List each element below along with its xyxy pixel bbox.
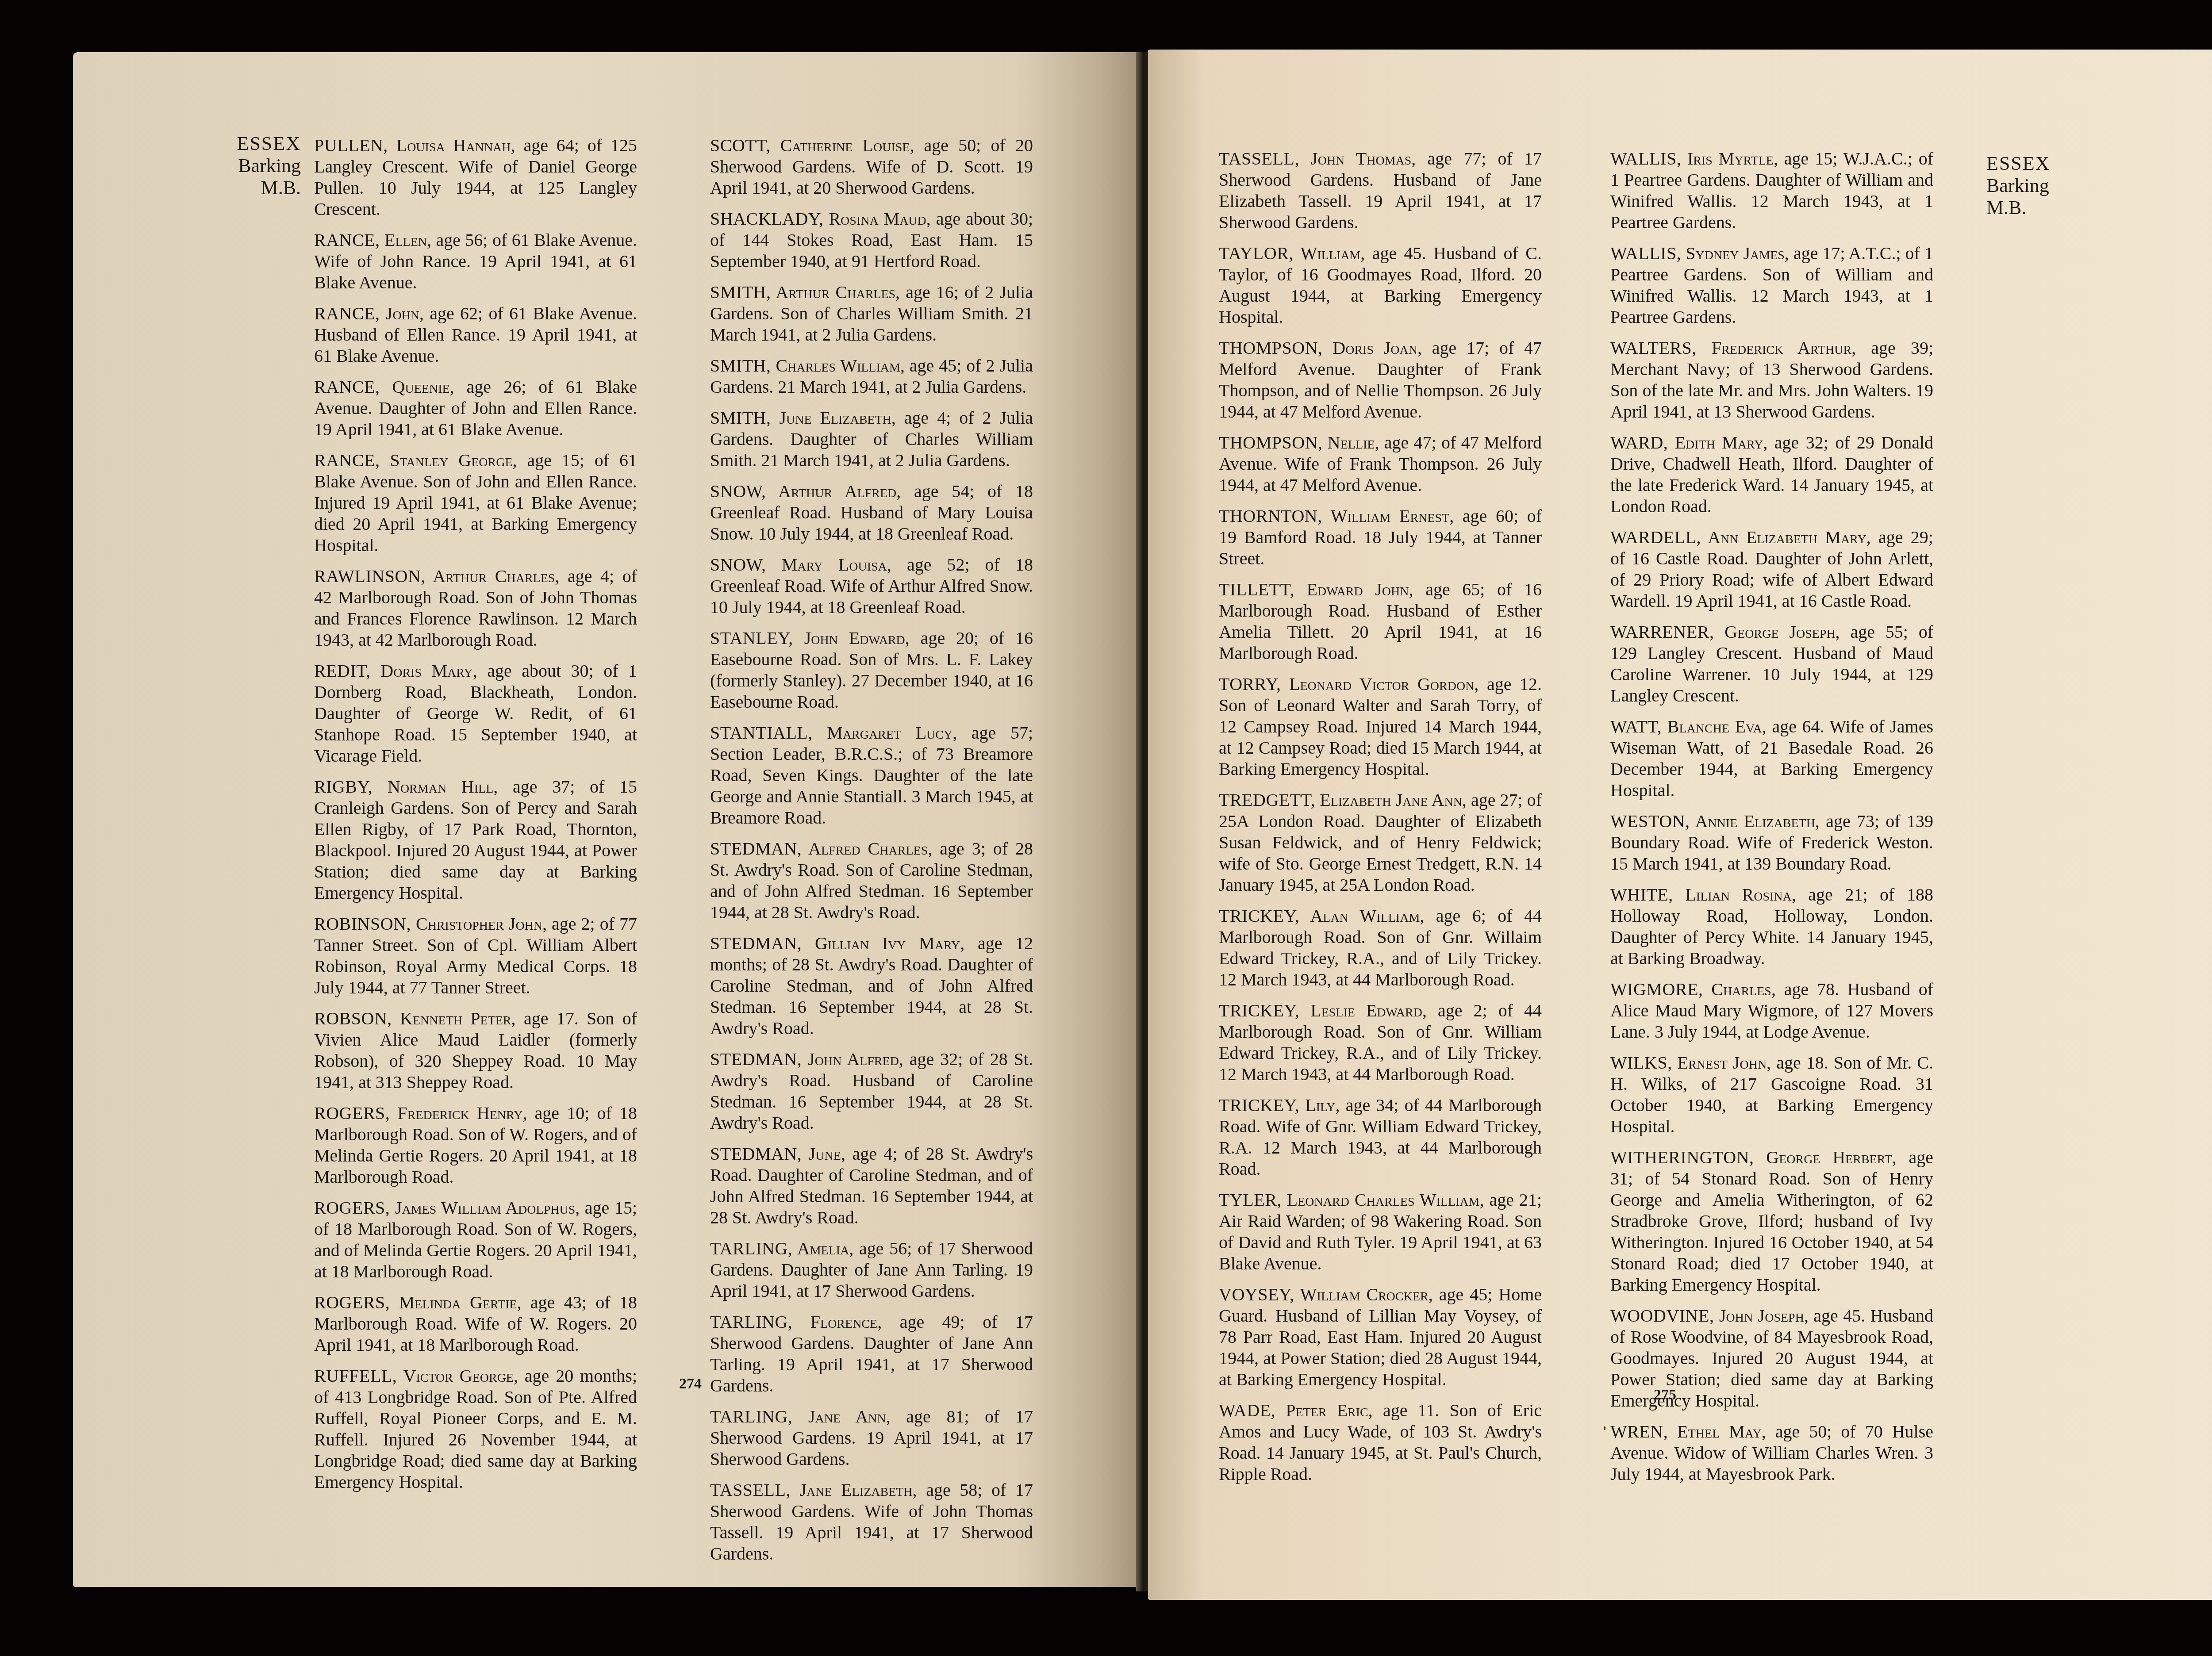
entry-given-names: Catherine Louise,: [771, 135, 914, 155]
entry-given-names: Doris Joan,: [1323, 338, 1422, 358]
casualty-entry: WHITE, Lilian Rosina, age 21; of 188 Hol…: [1610, 884, 1933, 969]
entry-surname: WOODVINE,: [1610, 1306, 1714, 1326]
margin-label-left: ESSEX Barking M.B.: [195, 133, 301, 199]
casualty-entry: THOMPSON, Doris Joan, age 17; of 47 Melf…: [1219, 337, 1542, 422]
entry-surname: ROBINSON,: [314, 914, 411, 934]
casualty-entry: SMITH, Charles William, age 45; of 2 Jul…: [710, 355, 1033, 398]
casualty-entry: VOYSEY, William Crocker, age 45; Home Gu…: [1219, 1284, 1542, 1390]
entry-surname: SCOTT,: [710, 135, 771, 155]
district-type-label: M.B.: [1986, 197, 2093, 219]
entry-surname: TILLETT,: [1219, 579, 1294, 599]
entry-given-names: William Crocker,: [1294, 1284, 1433, 1304]
entry-surname: TARLING,: [710, 1238, 792, 1258]
entry-surname: WATT,: [1610, 717, 1662, 736]
entry-given-names: Sydney James,: [1681, 243, 1789, 263]
entry-given-names: Leonard Charles William,: [1282, 1190, 1484, 1210]
entry-given-names: Stanley George,: [380, 450, 517, 470]
entry-surname: WALTERS,: [1610, 338, 1697, 358]
casualty-entry: WATT, Blanche Eva, age 64. Wife of James…: [1610, 716, 1933, 801]
entry-surname: RAWLINSON,: [314, 566, 426, 586]
district-type-label: M.B.: [195, 177, 301, 199]
entry-surname: SMITH,: [710, 282, 771, 302]
casualty-entry: RANCE, Stanley George, age 15; of 61 Bla…: [314, 450, 637, 556]
entry-given-names: John Joseph,: [1714, 1306, 1808, 1326]
casualty-entry: SCOTT, Catherine Louise, age 50; of 20 S…: [710, 135, 1033, 199]
entry-surname: RANCE,: [314, 377, 380, 397]
entry-given-names: Ernest John,: [1672, 1053, 1771, 1073]
entry-given-names: Arthur Charles,: [771, 282, 900, 302]
casualty-entry: WIGMORE, Charles, age 78. Husband of Ali…: [1610, 979, 1933, 1043]
casualty-entry: SNOW, Arthur Alfred, age 54; of 18 Green…: [710, 481, 1033, 544]
entry-given-names: Edward John,: [1294, 579, 1413, 599]
entry-surname: ROBSON,: [314, 1008, 392, 1028]
casualty-entry: WADE, Peter Eric, age 11. Son of Eric Am…: [1219, 1400, 1542, 1485]
casualty-entry: RANCE, Ellen, age 56; of 61 Blake Avenue…: [314, 230, 637, 293]
entry-given-names: Jane Ann,: [792, 1407, 890, 1426]
entry-surname: TORRY,: [1219, 674, 1281, 694]
district-label: Barking: [1986, 175, 2093, 197]
casualty-entry: ROGERS, Melinda Gertie, age 43; of 18 Ma…: [314, 1292, 637, 1356]
casualty-entry: RANCE, Queenie, age 26; of 61 Blake Aven…: [314, 376, 637, 440]
entry-given-names: Lilian Rosina,: [1673, 885, 1796, 905]
entry-given-names: Ethel May,: [1668, 1422, 1766, 1441]
entry-surname: WARD,: [1610, 433, 1668, 452]
casualty-entry: TILLETT, Edward John, age 65; of 16 Marl…: [1219, 579, 1542, 664]
entry-given-names: Melinda Gertie,: [390, 1292, 521, 1312]
entry-given-names: Christopher John,: [411, 914, 547, 934]
entry-given-names: Annie Elizabeth,: [1690, 811, 1819, 831]
entry-given-names: Elizabeth Jane Ann,: [1315, 790, 1467, 810]
entry-surname: TARLING,: [710, 1312, 792, 1332]
entry-surname: THOMPSON,: [1219, 433, 1323, 452]
entry-given-names: John Alfred,: [802, 1049, 903, 1069]
entry-surname: RUFFELL,: [314, 1366, 397, 1386]
entry-surname: WALLIS,: [1610, 243, 1681, 263]
casualty-entry: ROBINSON, Christopher John, age 2; of 77…: [314, 913, 637, 998]
page-number-right: 275: [1654, 1387, 1676, 1403]
entry-given-names: Ann Elizabeth Mary,: [1701, 527, 1871, 547]
entry-surname: RANCE,: [314, 230, 380, 250]
casualty-entry: WARD, Edith Mary, age 32; of 29 Donald D…: [1610, 432, 1933, 517]
entry-given-names: Jane Elizabeth,: [791, 1480, 917, 1500]
casualty-entry: TASSELL, John Thomas, age 77; of 17 Sher…: [1219, 148, 1542, 233]
casualty-entry: TAYLOR, William, age 45. Husband of C. T…: [1219, 243, 1542, 328]
entry-given-names: Alan William,: [1299, 906, 1424, 926]
entry-surname: RIGBY,: [314, 777, 373, 797]
entry-surname: TYLER,: [1219, 1190, 1282, 1210]
entry-given-names: Edith Mary,: [1668, 433, 1767, 452]
casualty-entry: THOMPSON, Nellie, age 47; of 47 Melford …: [1219, 432, 1542, 496]
casualty-entry: STANTIALL, Margaret Lucy, age 57; Sectio…: [710, 722, 1033, 828]
entry-given-names: Peter Eric,: [1275, 1400, 1373, 1420]
entry-surname: STEDMAN,: [710, 1144, 802, 1164]
entry-given-names: Florence,: [792, 1312, 882, 1332]
entry-surname: WILKS,: [1610, 1053, 1672, 1073]
casualty-entry: WALLIS, Sydney James, age 17; A.T.C.; of…: [1610, 243, 1933, 328]
margin-label-right: ESSEX Barking M.B.: [1986, 153, 2093, 219]
entry-surname: VOYSEY,: [1219, 1284, 1294, 1304]
entry-given-names: John Thomas,: [1299, 149, 1416, 169]
entry-surname: ROGERS,: [314, 1103, 390, 1123]
county-label: ESSEX: [195, 133, 301, 155]
entry-surname: REDIT,: [314, 661, 371, 681]
casualty-entry: RUFFELL, Victor George, age 20 months; o…: [314, 1365, 637, 1493]
entry-surname: WREN,: [1610, 1422, 1668, 1441]
entry-given-names: Lily,: [1299, 1095, 1340, 1115]
entry-surname: TASSELL,: [710, 1480, 791, 1500]
entry-given-names: Amelia,: [792, 1238, 853, 1258]
entry-given-names: Charles,: [1703, 979, 1776, 999]
entry-surname: TAYLOR,: [1219, 243, 1294, 263]
casualty-entry: TARLING, Florence, age 49; of 17 Sherwoo…: [710, 1311, 1033, 1396]
entry-surname: ROGERS,: [314, 1198, 390, 1218]
entry-given-names: Frederick Henry,: [390, 1103, 527, 1123]
entry-surname: ROGERS,: [314, 1292, 390, 1312]
entry-given-names: John Edward,: [793, 628, 910, 648]
entry-given-names: Arthur Alfred,: [766, 481, 901, 501]
casualty-entry: TRICKEY, Lily, age 34; of 44 Marlborough…: [1219, 1095, 1542, 1180]
entry-given-names: Norman Hill,: [373, 777, 498, 797]
casualty-entry: STEDMAN, Gillian Ivy Mary, age 12 months…: [710, 933, 1033, 1039]
left-page-column-1: PULLEN, Louisa Hannah, age 64; of 125 La…: [314, 135, 637, 1503]
entry-surname: THOMPSON,: [1219, 338, 1323, 358]
entry-details: age 31; of 54 Stonard Road. Son of Henry…: [1610, 1147, 1933, 1295]
entry-given-names: Victor George,: [397, 1366, 518, 1386]
entry-surname: TREDGETT,: [1219, 790, 1315, 810]
casualty-entry: RANCE, John, age 62; of 61 Blake Avenue.…: [314, 303, 637, 367]
entry-given-names: June,: [802, 1144, 845, 1164]
entry-surname: RANCE,: [314, 303, 380, 323]
casualty-entry: TASSELL, Jane Elizabeth, age 58; of 17 S…: [710, 1480, 1033, 1564]
entry-given-names: Alfred Charles,: [802, 839, 932, 859]
entry-given-names: Ellen,: [380, 230, 431, 250]
entry-given-names: Kenneth Peter,: [392, 1008, 516, 1028]
entry-given-names: Charles William,: [771, 356, 904, 376]
entry-given-names: Doris Mary,: [371, 661, 477, 681]
casualty-entry: ROGERS, Frederick Henry, age 10; of 18 M…: [314, 1103, 637, 1188]
page-number-left: 274: [679, 1376, 702, 1392]
right-page-column-2: WALLIS, Iris Myrtle, age 15; W.J.A.C.; o…: [1610, 148, 1933, 1495]
entry-given-names: Iris Myrtle,: [1681, 149, 1778, 169]
entry-given-names: Leonard Victor Gordon,: [1281, 674, 1479, 694]
casualty-entry: TARLING, Amelia, age 56; of 17 Sherwood …: [710, 1238, 1033, 1302]
casualty-entry: SNOW, Mary Louisa, age 52; of 18 Greenle…: [710, 554, 1033, 618]
casualty-entry: THORNTON, William Ernest, age 60; of 19 …: [1219, 506, 1542, 569]
casualty-entry: WILKS, Ernest John, age 18. Son of Mr. C…: [1610, 1052, 1933, 1137]
casualty-entry: RAWLINSON, Arthur Charles, age 4; of 42 …: [314, 566, 637, 651]
entry-surname: WIGMORE,: [1610, 979, 1703, 999]
casualty-entry: REDIT, Doris Mary, age about 30; of 1 Do…: [314, 660, 637, 767]
entry-given-names: Margaret Lucy,: [813, 723, 957, 743]
entry-given-names: Arthur Charles,: [426, 566, 560, 586]
casualty-entry: WARDELL, Ann Elizabeth Mary, age 29; of …: [1610, 527, 1933, 612]
entry-surname: TRICKEY,: [1219, 1000, 1299, 1020]
county-label: ESSEX: [1986, 153, 2093, 175]
entry-given-names: June Elizabeth,: [771, 408, 895, 428]
casualty-entry: SMITH, June Elizabeth, age 4; of 2 Julia…: [710, 407, 1033, 471]
book-spine: [1136, 52, 1149, 1591]
entry-given-names: Leslie Edward,: [1299, 1000, 1427, 1020]
casualty-entry: STEDMAN, John Alfred, age 32; of 28 St. …: [710, 1049, 1033, 1134]
entry-surname: WHITE,: [1610, 885, 1673, 905]
casualty-entry: WARRENER, George Joseph, age 55; of 129 …: [1610, 621, 1933, 706]
casualty-entry: TARLING, Jane Ann, age 81; of 17 Sherwoo…: [710, 1406, 1033, 1470]
left-page-column-2: SCOTT, Catherine Louise, age 50; of 20 S…: [710, 135, 1033, 1574]
entry-surname: STANTIALL,: [710, 723, 813, 743]
entry-given-names: Mary Louisa,: [766, 555, 891, 575]
entry-given-names: Rosina Maud,: [824, 209, 931, 229]
casualty-entry: PULLEN, Louisa Hannah, age 64; of 125 La…: [314, 135, 637, 220]
entry-surname: WALLIS,: [1610, 149, 1681, 169]
entry-surname: WARDELL,: [1610, 527, 1701, 547]
casualty-entry: WITHERINGTON, George Herbert, age 31; of…: [1610, 1147, 1933, 1296]
entry-surname: PULLEN,: [314, 135, 388, 155]
entry-surname: SMITH,: [710, 356, 771, 376]
right-page-column-1: TASSELL, John Thomas, age 77; of 17 Sher…: [1219, 148, 1542, 1495]
entry-given-names: Blanche Eva,: [1662, 717, 1767, 736]
entry-surname: SNOW,: [710, 481, 766, 501]
entry-surname: SNOW,: [710, 555, 766, 575]
entry-given-names: Frederick Arthur,: [1697, 338, 1856, 358]
entry-surname: STANLEY,: [710, 628, 793, 648]
entry-given-names: John,: [380, 303, 424, 323]
casualty-entry: STEDMAN, June, age 4; of 28 St. Awdry's …: [710, 1143, 1033, 1228]
casualty-entry: WESTON, Annie Elizabeth, age 73; of 139 …: [1610, 811, 1933, 874]
entry-surname: TRICKEY,: [1219, 1095, 1299, 1115]
entry-given-names: William,: [1294, 243, 1365, 263]
entry-given-names: James William Adolphus,: [390, 1198, 580, 1218]
entry-surname: WITHERINGTON,: [1610, 1147, 1754, 1167]
entry-surname: TARLING,: [710, 1407, 792, 1426]
casualty-entry: TYLER, Leonard Charles William, age 21; …: [1219, 1189, 1542, 1274]
district-label: Barking: [195, 155, 301, 177]
casualty-entry: SMITH, Arthur Charles, age 16; of 2 Juli…: [710, 282, 1033, 345]
casualty-entry: TORRY, Leonard Victor Gordon, age 12. So…: [1219, 674, 1542, 780]
entry-surname: RANCE,: [314, 450, 380, 470]
entry-surname: WADE,: [1219, 1400, 1275, 1420]
entry-surname: STEDMAN,: [710, 933, 802, 953]
entry-surname: SMITH,: [710, 408, 771, 428]
casualty-entry: RIGBY, Norman Hill, age 37; of 15 Cranle…: [314, 776, 637, 904]
entry-surname: WARRENER,: [1610, 622, 1714, 642]
casualty-entry: ROBSON, Kenneth Peter, age 17. Son of Vi…: [314, 1008, 637, 1093]
casualty-entry: WALTERS, Frederick Arthur, age 39; Merch…: [1610, 337, 1933, 422]
entry-given-names: Gillian Ivy Mary,: [802, 933, 964, 953]
entry-given-names: Nellie,: [1323, 433, 1379, 452]
paper-speck: [1604, 1426, 1605, 1430]
entry-given-names: William Ernest,: [1322, 506, 1454, 526]
casualty-entry: STANLEY, John Edward, age 20; of 16 Ease…: [710, 628, 1033, 713]
entry-surname: TASSELL,: [1219, 149, 1299, 169]
entry-given-names: George Herbert,: [1754, 1147, 1897, 1167]
casualty-entry: TREDGETT, Elizabeth Jane Ann, age 27; of…: [1219, 790, 1542, 896]
entry-surname: SHACKLADY,: [710, 209, 824, 229]
entry-given-names: Louisa Hannah,: [388, 135, 515, 155]
entry-surname: THORNTON,: [1219, 506, 1322, 526]
casualty-entry: WREN, Ethel May, age 50; of 70 Hulse Ave…: [1610, 1421, 1933, 1485]
casualty-entry: WALLIS, Iris Myrtle, age 15; W.J.A.C.; o…: [1610, 148, 1933, 233]
casualty-entry: ROGERS, James William Adolphus, age 15; …: [314, 1197, 637, 1282]
entry-surname: TRICKEY,: [1219, 906, 1299, 926]
casualty-entry: TRICKEY, Alan William, age 6; of 44 Marl…: [1219, 905, 1542, 990]
casualty-entry: TRICKEY, Leslie Edward, age 2; of 44 Mar…: [1219, 1000, 1542, 1085]
entry-surname: STEDMAN,: [710, 839, 802, 859]
entry-surname: STEDMAN,: [710, 1049, 802, 1069]
casualty-entry: STEDMAN, Alfred Charles, age 3; of 28 St…: [710, 838, 1033, 923]
entry-given-names: Queenie,: [380, 377, 454, 397]
entry-surname: WESTON,: [1610, 811, 1690, 831]
entry-given-names: George Joseph,: [1714, 622, 1840, 642]
casualty-entry: SHACKLADY, Rosina Maud, age about 30; of…: [710, 208, 1033, 272]
